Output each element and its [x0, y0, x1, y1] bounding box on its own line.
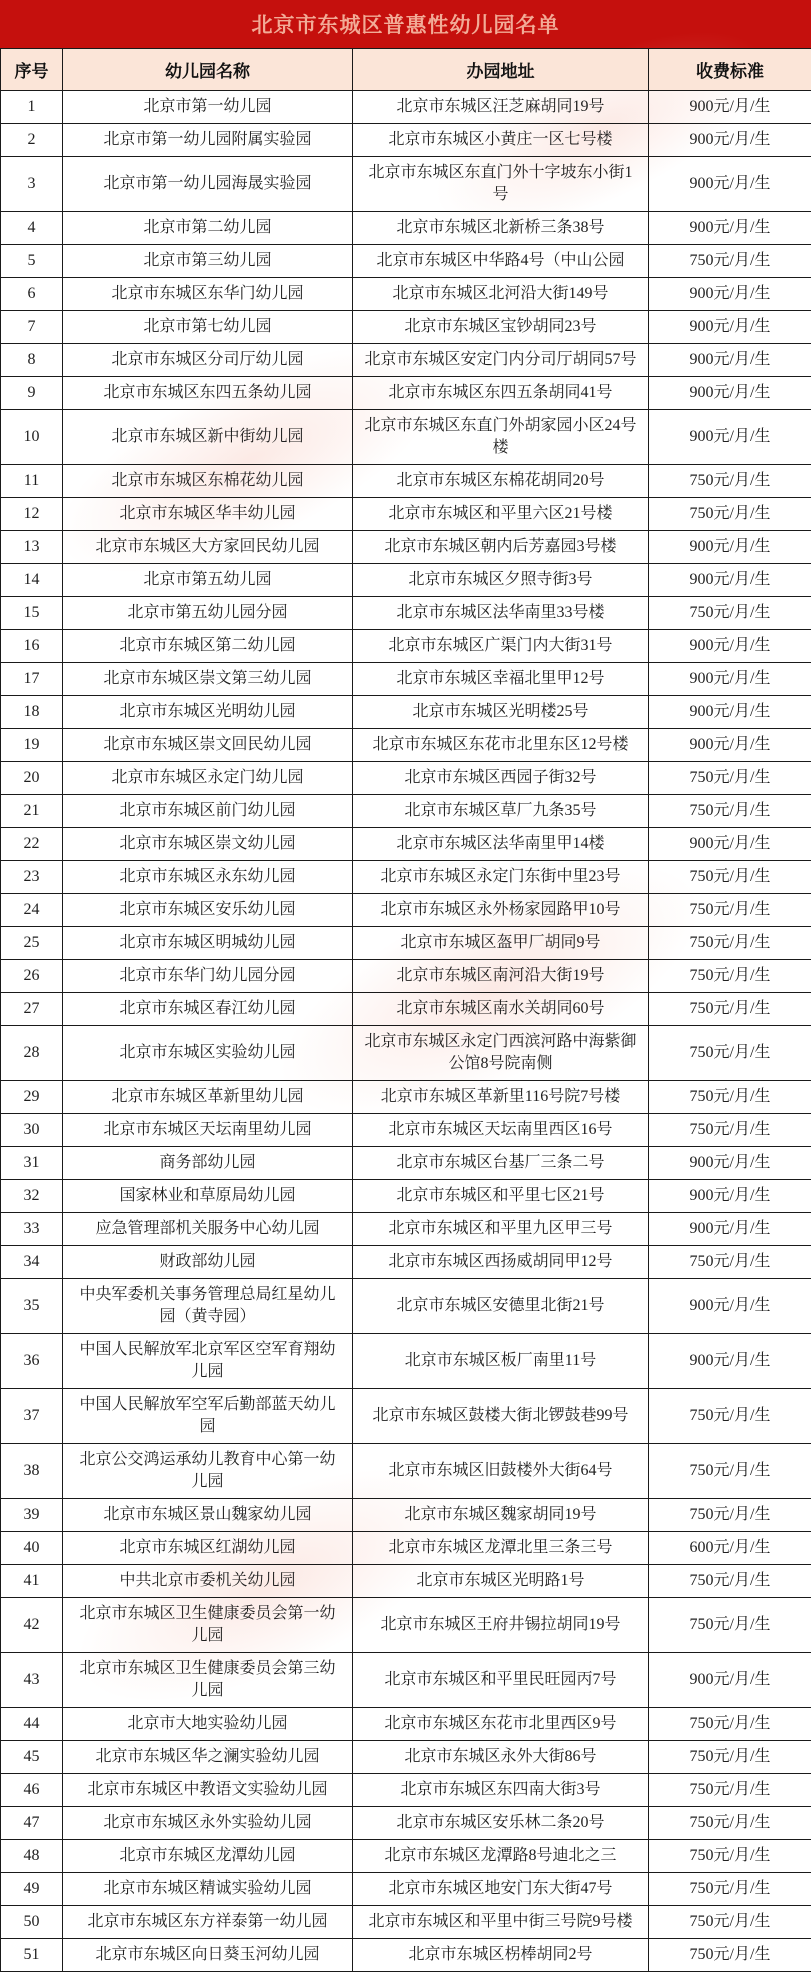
kindergarten-address: 北京市东城区台基厂三条二号	[353, 1147, 649, 1180]
table-row: 37 中国人民解放军空军后勤部蓝天幼儿园 北京市东城区鼓楼大街北锣鼓巷99号 7…	[1, 1389, 811, 1444]
fee-standard: 900元/月/生	[649, 410, 811, 465]
kindergarten-address: 北京市东城区地安门东大街47号	[353, 1873, 649, 1906]
kindergarten-address: 北京市东城区南河沿大街19号	[353, 960, 649, 993]
kindergarten-name: 北京市东城区崇文回民幼儿园	[63, 729, 353, 762]
table-row: 26 北京市东华门幼儿园分园 北京市东城区南河沿大街19号 750元/月/生	[1, 960, 811, 993]
kindergarten-name: 北京市东城区卫生健康委员会第一幼儿园	[63, 1598, 353, 1653]
fee-standard: 900元/月/生	[649, 124, 811, 157]
row-index: 27	[1, 993, 63, 1026]
row-index: 31	[1, 1147, 63, 1180]
row-index: 39	[1, 1499, 63, 1532]
kindergarten-address: 北京市东城区和平里六区21号楼	[353, 498, 649, 531]
kindergarten-name: 北京市第七幼儿园	[63, 311, 353, 344]
kindergarten-address: 北京市东城区小黄庄一区七号楼	[353, 124, 649, 157]
kindergarten-address: 北京市东城区和平里七区21号	[353, 1180, 649, 1213]
fee-standard: 750元/月/生	[649, 245, 811, 278]
kindergarten-name: 北京市东城区向日葵玉河幼儿园	[63, 1939, 353, 1972]
fee-standard: 750元/月/生	[649, 1444, 811, 1499]
kindergarten-address: 北京市东城区西扬威胡同甲12号	[353, 1246, 649, 1279]
kindergarten-address: 北京市东城区幸福北里甲12号	[353, 663, 649, 696]
fee-standard: 750元/月/生	[649, 1840, 811, 1873]
row-index: 25	[1, 927, 63, 960]
row-index: 11	[1, 465, 63, 498]
kindergarten-address: 北京市东城区法华南里甲14楼	[353, 828, 649, 861]
row-index: 2	[1, 124, 63, 157]
table-row: 27 北京市东城区春江幼儿园 北京市东城区南水关胡同60号 750元/月/生	[1, 993, 811, 1026]
row-index: 23	[1, 861, 63, 894]
kindergarten-address: 北京市东城区西园子街32号	[353, 762, 649, 795]
kindergarten-address: 北京市东城区法华南里33号楼	[353, 597, 649, 630]
fee-standard: 900元/月/生	[649, 1147, 811, 1180]
row-index: 10	[1, 410, 63, 465]
kindergarten-name: 北京市东城区华丰幼儿园	[63, 498, 353, 531]
kindergarten-name: 北京市东城区景山魏家幼儿园	[63, 1499, 353, 1532]
kindergarten-address: 北京市东城区旧鼓楼外大街64号	[353, 1444, 649, 1499]
row-index: 24	[1, 894, 63, 927]
fee-standard: 900元/月/生	[649, 696, 811, 729]
table-row: 48 北京市东城区龙潭幼儿园 北京市东城区龙潭路8号迪北之三 750元/月/生	[1, 1840, 811, 1873]
kindergarten-name: 北京市东城区永外实验幼儿园	[63, 1807, 353, 1840]
table-row: 36 中国人民解放军北京军区空军育翔幼儿园 北京市东城区板厂南里11号 900元…	[1, 1334, 811, 1389]
kindergarten-name: 北京市东城区新中街幼儿园	[63, 410, 353, 465]
kindergarten-name: 北京市东城区永东幼儿园	[63, 861, 353, 894]
kindergarten-address: 北京市东城区安定门内分司厅胡同57号	[353, 344, 649, 377]
fee-standard: 750元/月/生	[649, 597, 811, 630]
fee-standard: 750元/月/生	[649, 1807, 811, 1840]
fee-standard: 900元/月/生	[649, 212, 811, 245]
row-index: 44	[1, 1708, 63, 1741]
row-index: 43	[1, 1653, 63, 1708]
kindergarten-name: 北京市东城区东棉花幼儿园	[63, 465, 353, 498]
kindergarten-name: 国家林业和草原局幼儿园	[63, 1180, 353, 1213]
row-index: 35	[1, 1279, 63, 1334]
kindergarten-address: 北京市东城区东棉花胡同20号	[353, 465, 649, 498]
table-row: 8 北京市东城区分司厅幼儿园 北京市东城区安定门内分司厅胡同57号 900元/月…	[1, 344, 811, 377]
row-index: 21	[1, 795, 63, 828]
kindergarten-address: 北京市东城区东四南大街3号	[353, 1774, 649, 1807]
table-row: 12 北京市东城区华丰幼儿园 北京市东城区和平里六区21号楼 750元/月/生	[1, 498, 811, 531]
kindergarten-address: 北京市东城区魏家胡同19号	[353, 1499, 649, 1532]
row-index: 36	[1, 1334, 63, 1389]
kindergarten-name: 北京市东城区东华门幼儿园	[63, 278, 353, 311]
kindergarten-name: 中国人民解放军北京军区空军育翔幼儿园	[63, 1334, 353, 1389]
table-row: 19 北京市东城区崇文回民幼儿园 北京市东城区东花市北里东区12号楼 900元/…	[1, 729, 811, 762]
table-header-row: 序号 幼儿园名称 办园地址 收费标准	[1, 49, 811, 91]
fee-standard: 750元/月/生	[649, 1114, 811, 1147]
kindergarten-name: 北京市东城区中教语文实验幼儿园	[63, 1774, 353, 1807]
kindergarten-name: 北京市东城区永定门幼儿园	[63, 762, 353, 795]
kindergarten-address: 北京市东城区安德里北街21号	[353, 1279, 649, 1334]
kindergarten-name: 北京市第三幼儿园	[63, 245, 353, 278]
fee-standard: 750元/月/生	[649, 795, 811, 828]
row-index: 37	[1, 1389, 63, 1444]
kindergarten-address: 北京市东城区光明楼25号	[353, 696, 649, 729]
table-row: 5 北京市第三幼儿园 北京市东城区中华路4号（中山公园 750元/月/生	[1, 245, 811, 278]
row-index: 3	[1, 157, 63, 212]
table-row: 2 北京市第一幼儿园附属实验园 北京市东城区小黄庄一区七号楼 900元/月/生	[1, 124, 811, 157]
kindergarten-name: 北京市第二幼儿园	[63, 212, 353, 245]
row-index: 14	[1, 564, 63, 597]
table-row: 13 北京市东城区大方家回民幼儿园 北京市东城区朝内后芳嘉园3号楼 900元/月…	[1, 531, 811, 564]
table-row: 51 北京市东城区向日葵玉河幼儿园 北京市东城区柺棒胡同2号 750元/月/生	[1, 1939, 811, 1972]
fee-standard: 900元/月/生	[649, 344, 811, 377]
row-index: 17	[1, 663, 63, 696]
kindergarten-name: 中央军委机关事务管理总局红星幼儿园（黄寺园）	[63, 1279, 353, 1334]
kindergarten-address: 北京市东城区天坛南里西区16号	[353, 1114, 649, 1147]
kindergarten-address: 北京市东城区板厂南里11号	[353, 1334, 649, 1389]
row-index: 5	[1, 245, 63, 278]
kindergarten-address: 北京市东城区草厂九条35号	[353, 795, 649, 828]
fee-standard: 750元/月/生	[649, 1873, 811, 1906]
kindergarten-name: 北京市东城区东四五条幼儿园	[63, 377, 353, 410]
table-body: 1 北京市第一幼儿园 北京市东城区汪芝麻胡同19号 900元/月/生 2 北京市…	[1, 91, 811, 1972]
kindergarten-name: 北京市东城区崇文第三幼儿园	[63, 663, 353, 696]
kindergarten-name: 中共北京市委机关幼儿园	[63, 1565, 353, 1598]
table-row: 17 北京市东城区崇文第三幼儿园 北京市东城区幸福北里甲12号 900元/月/生	[1, 663, 811, 696]
table-row: 41 中共北京市委机关幼儿园 北京市东城区光明路1号 750元/月/生	[1, 1565, 811, 1598]
kindergarten-address: 北京市东城区和平里民旺园丙7号	[353, 1653, 649, 1708]
table-row: 25 北京市东城区明城幼儿园 北京市东城区盔甲厂胡同9号 750元/月/生	[1, 927, 811, 960]
kindergarten-address: 北京市东城区东直门外十字坡东小街1号	[353, 157, 649, 212]
row-index: 47	[1, 1807, 63, 1840]
kindergarten-address: 北京市东城区光明路1号	[353, 1565, 649, 1598]
row-index: 50	[1, 1906, 63, 1939]
fee-standard: 750元/月/生	[649, 1246, 811, 1279]
row-index: 19	[1, 729, 63, 762]
kindergarten-address: 北京市东城区东花市北里东区12号楼	[353, 729, 649, 762]
table-row: 6 北京市东城区东华门幼儿园 北京市东城区北河沿大街149号 900元/月/生	[1, 278, 811, 311]
row-index: 26	[1, 960, 63, 993]
row-index: 45	[1, 1741, 63, 1774]
kindergarten-address: 北京市东城区永定门东街中里23号	[353, 861, 649, 894]
kindergarten-name: 中国人民解放军空军后勤部蓝天幼儿园	[63, 1389, 353, 1444]
kindergarten-address: 北京市东城区永外大街86号	[353, 1741, 649, 1774]
table-row: 45 北京市东城区华之澜实验幼儿园 北京市东城区永外大街86号 750元/月/生	[1, 1741, 811, 1774]
fee-standard: 900元/月/生	[649, 1334, 811, 1389]
kindergarten-name: 北京市东城区分司厅幼儿园	[63, 344, 353, 377]
fee-standard: 750元/月/生	[649, 1081, 811, 1114]
row-index: 34	[1, 1246, 63, 1279]
row-index: 1	[1, 91, 63, 124]
kindergarten-address: 北京市东城区朝内后芳嘉园3号楼	[353, 531, 649, 564]
kindergarten-address: 北京市东城区中华路4号（中山公园	[353, 245, 649, 278]
fee-standard: 750元/月/生	[649, 1598, 811, 1653]
kindergarten-address: 北京市东城区柺棒胡同2号	[353, 1939, 649, 1972]
fee-standard: 900元/月/生	[649, 729, 811, 762]
fee-standard: 900元/月/生	[649, 91, 811, 124]
row-index: 48	[1, 1840, 63, 1873]
row-index: 28	[1, 1026, 63, 1081]
kindergarten-address: 北京市东城区夕照寺街3号	[353, 564, 649, 597]
col-header-fee: 收费标准	[649, 49, 811, 91]
row-index: 6	[1, 278, 63, 311]
kindergarten-address: 北京市东城区革新里116号院7号楼	[353, 1081, 649, 1114]
table-row: 21 北京市东城区前门幼儿园 北京市东城区草厂九条35号 750元/月/生	[1, 795, 811, 828]
fee-standard: 750元/月/生	[649, 861, 811, 894]
table-row: 1 北京市第一幼儿园 北京市东城区汪芝麻胡同19号 900元/月/生	[1, 91, 811, 124]
table-row: 49 北京市东城区精诚实验幼儿园 北京市东城区地安门东大街47号 750元/月/…	[1, 1873, 811, 1906]
kindergarten-address: 北京市东城区北河沿大街149号	[353, 278, 649, 311]
kindergarten-name: 北京市东城区前门幼儿园	[63, 795, 353, 828]
fee-standard: 750元/月/生	[649, 762, 811, 795]
fee-standard: 900元/月/生	[649, 630, 811, 663]
fee-standard: 900元/月/生	[649, 311, 811, 344]
kindergarten-name: 北京市东城区大方家回民幼儿园	[63, 531, 353, 564]
kindergarten-address: 北京市东城区北新桥三条38号	[353, 212, 649, 245]
kindergarten-name: 北京市东城区安乐幼儿园	[63, 894, 353, 927]
row-index: 9	[1, 377, 63, 410]
table-row: 30 北京市东城区天坛南里幼儿园 北京市东城区天坛南里西区16号 750元/月/…	[1, 1114, 811, 1147]
kindergarten-name: 应急管理部机关服务中心幼儿园	[63, 1213, 353, 1246]
row-index: 12	[1, 498, 63, 531]
fee-standard: 900元/月/生	[649, 531, 811, 564]
row-index: 40	[1, 1532, 63, 1565]
col-header-name: 幼儿园名称	[63, 49, 353, 91]
kindergarten-address: 北京市东城区安乐林二条20号	[353, 1807, 649, 1840]
fee-standard: 750元/月/生	[649, 1389, 811, 1444]
row-index: 30	[1, 1114, 63, 1147]
fee-standard: 750元/月/生	[649, 993, 811, 1026]
kindergarten-name: 北京市东城区红湖幼儿园	[63, 1532, 353, 1565]
fee-standard: 750元/月/生	[649, 1939, 811, 1972]
kindergarten-name: 北京市东城区春江幼儿园	[63, 993, 353, 1026]
fee-standard: 750元/月/生	[649, 1906, 811, 1939]
row-index: 15	[1, 597, 63, 630]
row-index: 16	[1, 630, 63, 663]
kindergarten-name: 北京市东城区光明幼儿园	[63, 696, 353, 729]
fee-standard: 900元/月/生	[649, 157, 811, 212]
kindergarten-name: 商务部幼儿园	[63, 1147, 353, 1180]
kindergarten-name: 北京市第一幼儿园附属实验园	[63, 124, 353, 157]
row-index: 4	[1, 212, 63, 245]
kindergarten-name: 北京市东城区革新里幼儿园	[63, 1081, 353, 1114]
col-header-address: 办园地址	[353, 49, 649, 91]
kindergarten-name: 北京市东城区明城幼儿园	[63, 927, 353, 960]
fee-standard: 750元/月/生	[649, 1499, 811, 1532]
kindergarten-name: 北京市东城区实验幼儿园	[63, 1026, 353, 1081]
table-row: 46 北京市东城区中教语文实验幼儿园 北京市东城区东四南大街3号 750元/月/…	[1, 1774, 811, 1807]
fee-standard: 900元/月/生	[649, 663, 811, 696]
table-row: 9 北京市东城区东四五条幼儿园 北京市东城区东四五条胡同41号 900元/月/生	[1, 377, 811, 410]
kindergarten-name: 北京市东华门幼儿园分园	[63, 960, 353, 993]
fee-standard: 900元/月/生	[649, 1653, 811, 1708]
kindergarten-list-page: 北京市东城区普惠性幼儿园名单 序号 幼儿园名称 办园地址 收费标准 1 北京市第…	[0, 0, 811, 1972]
fee-standard: 750元/月/生	[649, 1774, 811, 1807]
table-row: 38 北京公交鸿运承幼儿教育中心第一幼儿园 北京市东城区旧鼓楼外大街64号 75…	[1, 1444, 811, 1499]
table-row: 24 北京市东城区安乐幼儿园 北京市东城区永外杨家园路甲10号 750元/月/生	[1, 894, 811, 927]
row-index: 38	[1, 1444, 63, 1499]
table-row: 47 北京市东城区永外实验幼儿园 北京市东城区安乐林二条20号 750元/月/生	[1, 1807, 811, 1840]
table-row: 29 北京市东城区革新里幼儿园 北京市东城区革新里116号院7号楼 750元/月…	[1, 1081, 811, 1114]
fee-standard: 750元/月/生	[649, 1708, 811, 1741]
row-index: 51	[1, 1939, 63, 1972]
fee-standard: 750元/月/生	[649, 894, 811, 927]
kindergarten-address: 北京市东城区龙潭路8号迪北之三	[353, 1840, 649, 1873]
row-index: 46	[1, 1774, 63, 1807]
table-row: 39 北京市东城区景山魏家幼儿园 北京市东城区魏家胡同19号 750元/月/生	[1, 1499, 811, 1532]
kindergarten-name: 北京市东城区第二幼儿园	[63, 630, 353, 663]
table-row: 3 北京市第一幼儿园海晟实验园 北京市东城区东直门外十字坡东小街1号 900元/…	[1, 157, 811, 212]
kindergarten-name: 北京市东城区龙潭幼儿园	[63, 1840, 353, 1873]
kindergarten-address: 北京市东城区汪芝麻胡同19号	[353, 91, 649, 124]
fee-standard: 750元/月/生	[649, 1026, 811, 1081]
kindergarten-address: 北京市东城区和平里中街三号院9号楼	[353, 1906, 649, 1939]
row-index: 8	[1, 344, 63, 377]
fee-standard: 900元/月/生	[649, 1279, 811, 1334]
kindergarten-name: 北京市第一幼儿园	[63, 91, 353, 124]
row-index: 7	[1, 311, 63, 344]
row-index: 29	[1, 1081, 63, 1114]
col-header-index: 序号	[1, 49, 63, 91]
kindergarten-name: 北京公交鸿运承幼儿教育中心第一幼儿园	[63, 1444, 353, 1499]
kindergarten-name: 北京市东城区天坛南里幼儿园	[63, 1114, 353, 1147]
kindergarten-name: 北京市东城区崇文幼儿园	[63, 828, 353, 861]
fee-standard: 750元/月/生	[649, 960, 811, 993]
fee-standard: 750元/月/生	[649, 1741, 811, 1774]
fee-standard: 900元/月/生	[649, 377, 811, 410]
row-index: 32	[1, 1180, 63, 1213]
fee-standard: 900元/月/生	[649, 828, 811, 861]
row-index: 18	[1, 696, 63, 729]
table-row: 35 中央军委机关事务管理总局红星幼儿园（黄寺园） 北京市东城区安德里北街21号…	[1, 1279, 811, 1334]
fee-standard: 900元/月/生	[649, 1213, 811, 1246]
table-row: 4 北京市第二幼儿园 北京市东城区北新桥三条38号 900元/月/生	[1, 212, 811, 245]
kindergarten-address: 北京市东城区南水关胡同60号	[353, 993, 649, 1026]
kindergarten-name: 北京市第一幼儿园海晟实验园	[63, 157, 353, 212]
fee-standard: 750元/月/生	[649, 927, 811, 960]
row-index: 20	[1, 762, 63, 795]
row-index: 42	[1, 1598, 63, 1653]
kindergarten-name: 北京市第五幼儿园分园	[63, 597, 353, 630]
fee-standard: 750元/月/生	[649, 1565, 811, 1598]
row-index: 49	[1, 1873, 63, 1906]
fee-standard: 900元/月/生	[649, 278, 811, 311]
table-row: 44 北京市大地实验幼儿园 北京市东城区东花市北里西区9号 750元/月/生	[1, 1708, 811, 1741]
kindergarten-name: 北京市第五幼儿园	[63, 564, 353, 597]
kindergarten-address: 北京市东城区东花市北里西区9号	[353, 1708, 649, 1741]
kindergarten-name: 北京市东城区华之澜实验幼儿园	[63, 1741, 353, 1774]
kindergarten-address: 北京市东城区东直门外胡家园小区24号楼	[353, 410, 649, 465]
kindergarten-address: 北京市东城区盔甲厂胡同9号	[353, 927, 649, 960]
kindergarten-address: 北京市东城区和平里九区甲三号	[353, 1213, 649, 1246]
kindergarten-name: 财政部幼儿园	[63, 1246, 353, 1279]
page-title: 北京市东城区普惠性幼儿园名单	[0, 0, 811, 48]
table-row: 14 北京市第五幼儿园 北京市东城区夕照寺街3号 900元/月/生	[1, 564, 811, 597]
kindergarten-table: 序号 幼儿园名称 办园地址 收费标准 1 北京市第一幼儿园 北京市东城区汪芝麻胡…	[0, 48, 811, 1972]
table-row: 43 北京市东城区卫生健康委员会第三幼儿园 北京市东城区和平里民旺园丙7号 90…	[1, 1653, 811, 1708]
row-index: 33	[1, 1213, 63, 1246]
table-row: 33 应急管理部机关服务中心幼儿园 北京市东城区和平里九区甲三号 900元/月/…	[1, 1213, 811, 1246]
kindergarten-address: 北京市东城区鼓楼大街北锣鼓巷99号	[353, 1389, 649, 1444]
table-row: 34 财政部幼儿园 北京市东城区西扬威胡同甲12号 750元/月/生	[1, 1246, 811, 1279]
kindergarten-address: 北京市东城区永定门西滨河路中海紫御公馆8号院南侧	[353, 1026, 649, 1081]
kindergarten-address: 北京市东城区宝钞胡同23号	[353, 311, 649, 344]
kindergarten-address: 北京市东城区永外杨家园路甲10号	[353, 894, 649, 927]
fee-standard: 750元/月/生	[649, 498, 811, 531]
table-row: 31 商务部幼儿园 北京市东城区台基厂三条二号 900元/月/生	[1, 1147, 811, 1180]
table-row: 42 北京市东城区卫生健康委员会第一幼儿园 北京市东城区王府井锡拉胡同19号 7…	[1, 1598, 811, 1653]
table-row: 20 北京市东城区永定门幼儿园 北京市东城区西园子街32号 750元/月/生	[1, 762, 811, 795]
kindergarten-address: 北京市东城区龙潭北里三条三号	[353, 1532, 649, 1565]
table-row: 7 北京市第七幼儿园 北京市东城区宝钞胡同23号 900元/月/生	[1, 311, 811, 344]
table-row: 40 北京市东城区红湖幼儿园 北京市东城区龙潭北里三条三号 600元/月/生	[1, 1532, 811, 1565]
table-row: 32 国家林业和草原局幼儿园 北京市东城区和平里七区21号 900元/月/生	[1, 1180, 811, 1213]
table-row: 11 北京市东城区东棉花幼儿园 北京市东城区东棉花胡同20号 750元/月/生	[1, 465, 811, 498]
table-row: 50 北京市东城区东方祥泰第一幼儿园 北京市东城区和平里中街三号院9号楼 750…	[1, 1906, 811, 1939]
row-index: 13	[1, 531, 63, 564]
table-row: 10 北京市东城区新中街幼儿园 北京市东城区东直门外胡家园小区24号楼 900元…	[1, 410, 811, 465]
fee-standard: 900元/月/生	[649, 1180, 811, 1213]
fee-standard: 750元/月/生	[649, 465, 811, 498]
kindergarten-name: 北京市东城区卫生健康委员会第三幼儿园	[63, 1653, 353, 1708]
table-row: 16 北京市东城区第二幼儿园 北京市东城区广渠门内大街31号 900元/月/生	[1, 630, 811, 663]
table-row: 15 北京市第五幼儿园分园 北京市东城区法华南里33号楼 750元/月/生	[1, 597, 811, 630]
row-index: 41	[1, 1565, 63, 1598]
kindergarten-name: 北京市东城区精诚实验幼儿园	[63, 1873, 353, 1906]
fee-standard: 900元/月/生	[649, 564, 811, 597]
kindergarten-name: 北京市大地实验幼儿园	[63, 1708, 353, 1741]
fee-standard: 600元/月/生	[649, 1532, 811, 1565]
table-row: 22 北京市东城区崇文幼儿园 北京市东城区法华南里甲14楼 900元/月/生	[1, 828, 811, 861]
table-row: 23 北京市东城区永东幼儿园 北京市东城区永定门东街中里23号 750元/月/生	[1, 861, 811, 894]
row-index: 22	[1, 828, 63, 861]
kindergarten-name: 北京市东城区东方祥泰第一幼儿园	[63, 1906, 353, 1939]
kindergarten-address: 北京市东城区王府井锡拉胡同19号	[353, 1598, 649, 1653]
kindergarten-address: 北京市东城区东四五条胡同41号	[353, 377, 649, 410]
table-row: 28 北京市东城区实验幼儿园 北京市东城区永定门西滨河路中海紫御公馆8号院南侧 …	[1, 1026, 811, 1081]
table-row: 18 北京市东城区光明幼儿园 北京市东城区光明楼25号 900元/月/生	[1, 696, 811, 729]
kindergarten-address: 北京市东城区广渠门内大街31号	[353, 630, 649, 663]
